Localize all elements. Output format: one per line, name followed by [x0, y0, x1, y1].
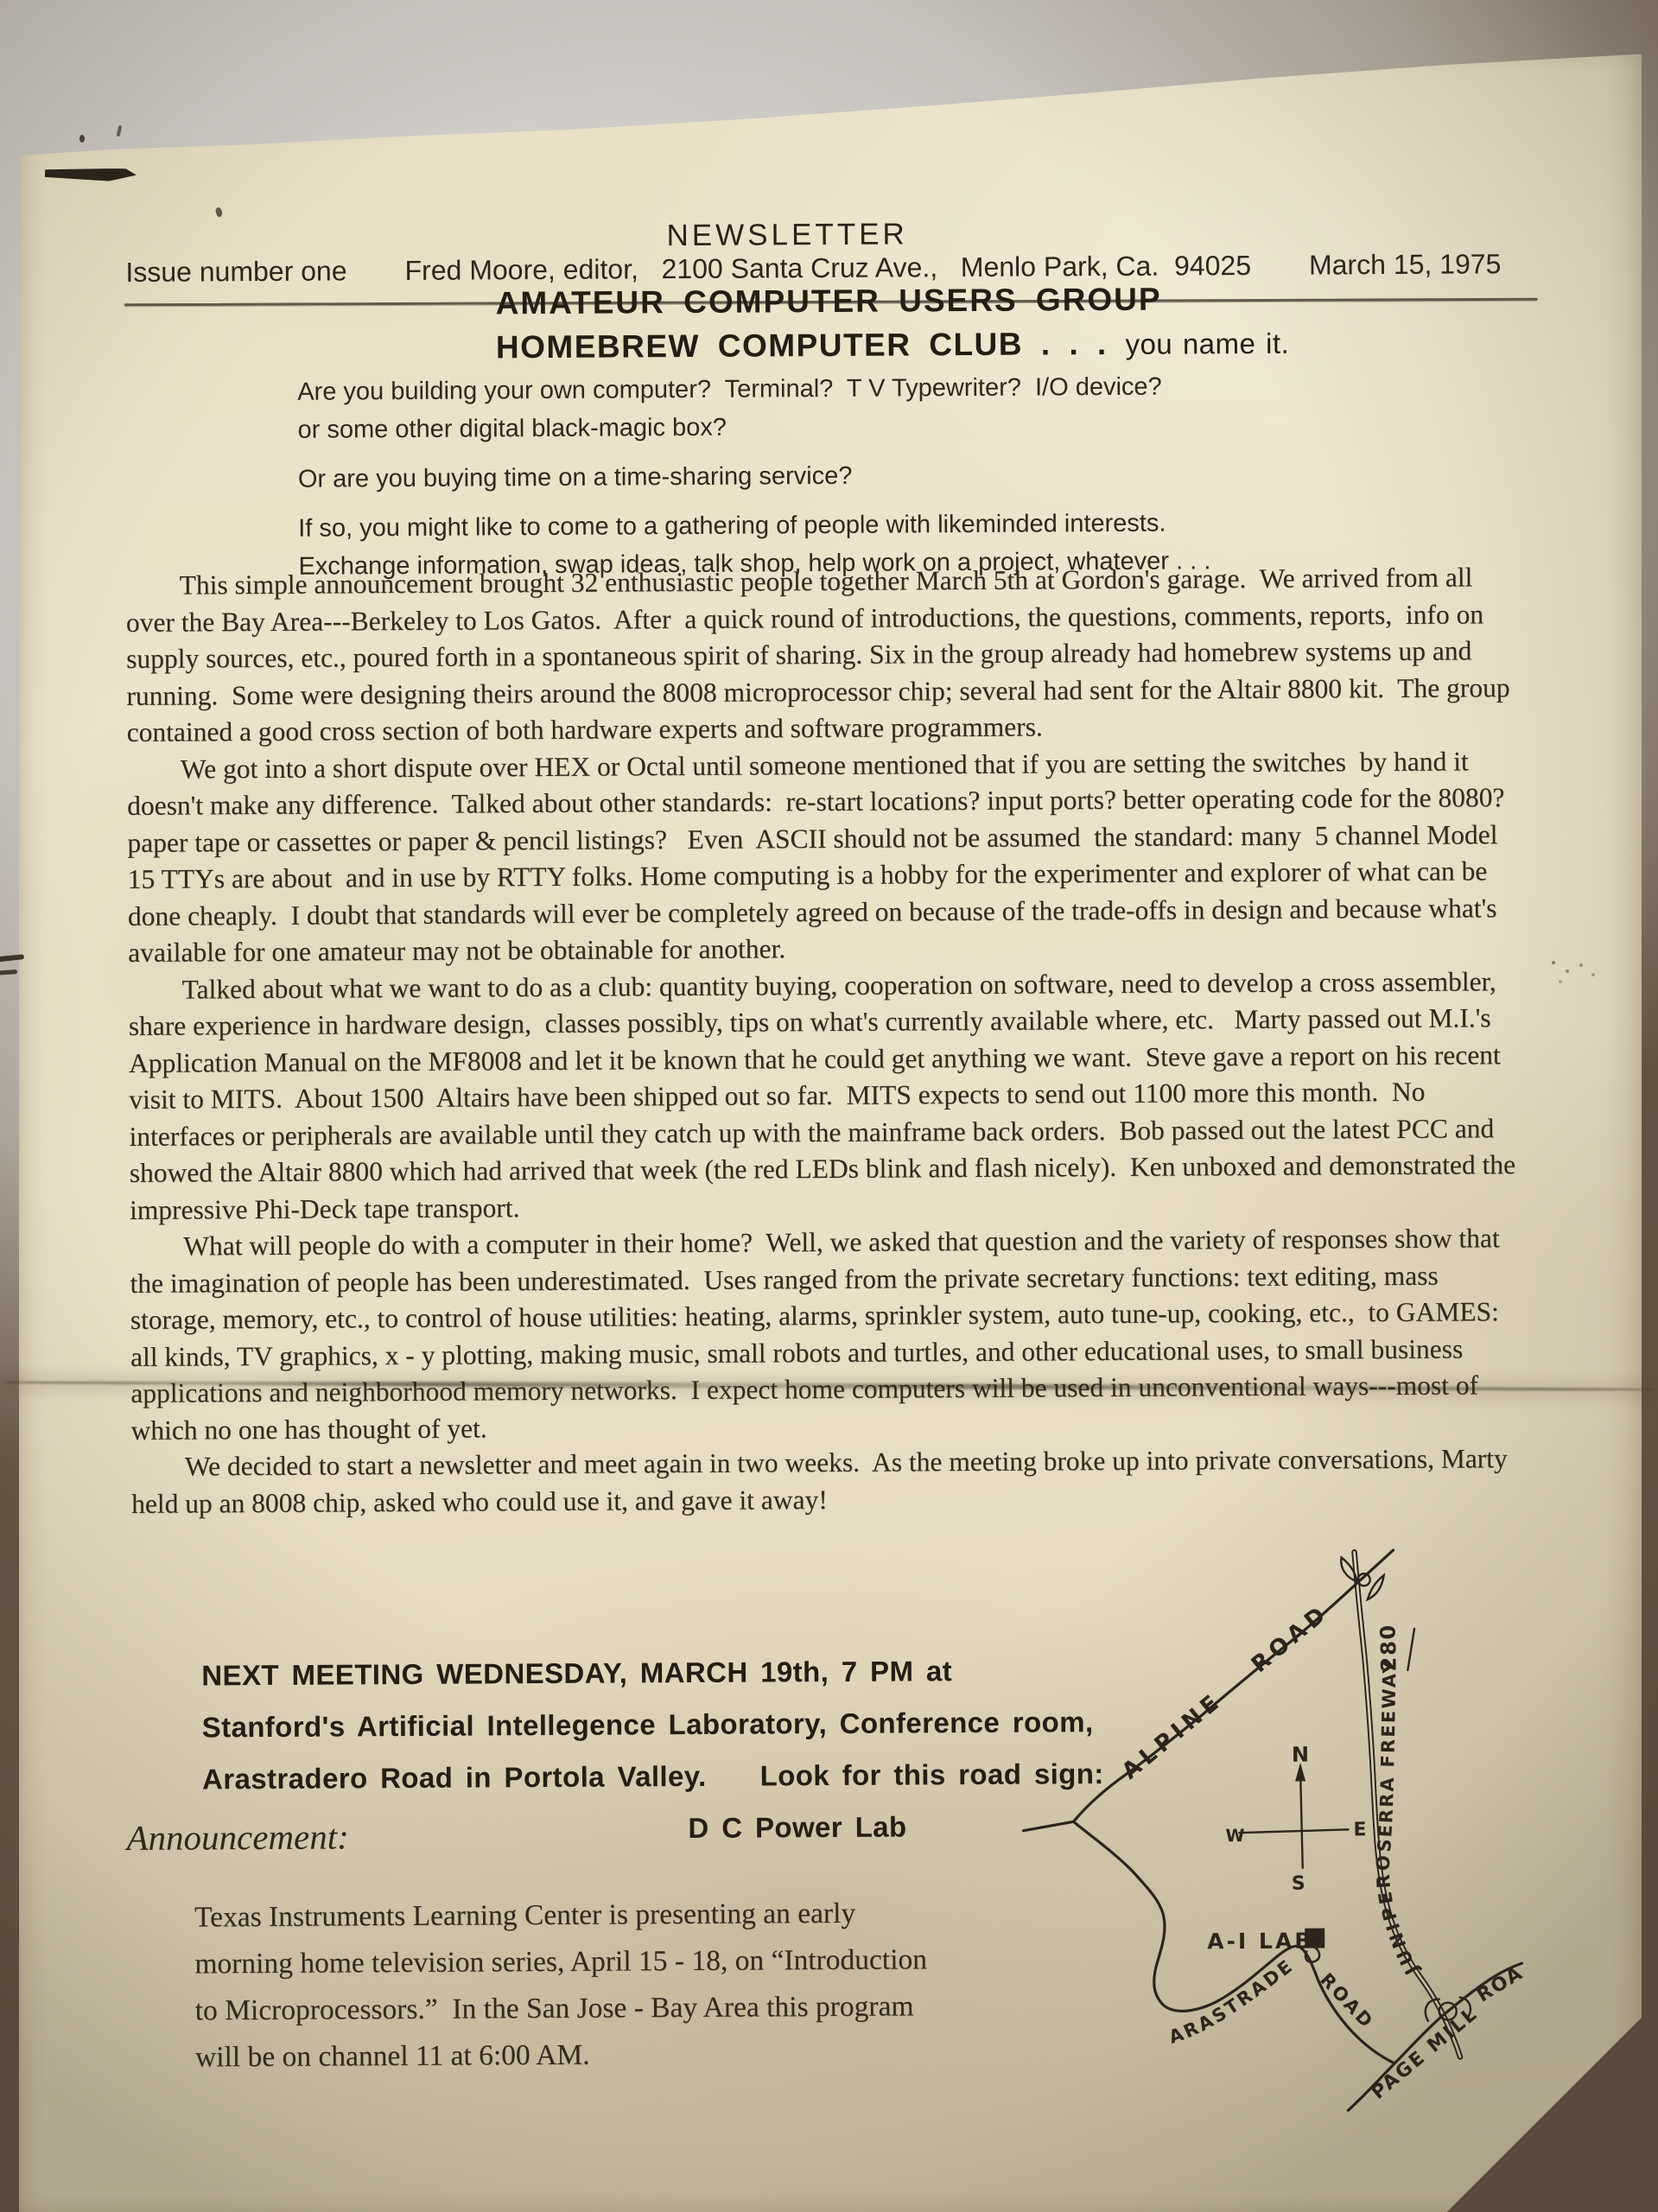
compass-we-line — [1239, 1829, 1348, 1833]
compass-arrowhead — [1296, 1765, 1305, 1781]
svg-text:ALPINE: ALPINE — [1117, 1688, 1229, 1785]
announcement-text: Texas Instruments Learning Center is pre… — [194, 1890, 928, 2081]
issue-number: Issue number one — [125, 255, 346, 289]
route-280-underline — [1407, 1629, 1414, 1670]
alpine-road-label: ROAD — [1246, 1599, 1335, 1679]
group-name-line: AMATEUR COMPUTER USERS GROUP — [496, 281, 1290, 322]
intro-line: If so, you might like to come to a gathe… — [298, 504, 1210, 547]
page-mill-label: PAGE MILL — [1367, 2003, 1483, 2104]
issue-date: March 15, 1975 — [1309, 248, 1502, 281]
paragraph-club-goals: Talked about what we want to do as a clu… — [128, 963, 1528, 1229]
compass-e-label: E — [1353, 1819, 1366, 1840]
meeting-location: Arastradero Road in Portola Valley. — [202, 1760, 707, 1796]
intro-line: Or are you buying time on a time-sharing… — [298, 454, 1210, 498]
announcement-heading: Announcement: — [126, 1815, 349, 1859]
ink-speck — [79, 135, 85, 143]
svg-text:ROAD: ROAD — [1246, 1599, 1335, 1679]
ink-specks — [1552, 961, 1555, 964]
intro-line: or some other digital black-magic box? — [297, 405, 1210, 448]
margin-mark — [0, 969, 17, 976]
svg-text:PAGE MILL: PAGE MILL — [1367, 2003, 1483, 2104]
intro-questions: Are you building your own computer? Term… — [297, 367, 1210, 585]
ai-lab-label: A-I LAB — [1207, 1929, 1313, 1955]
map-svg: ALPINE ROAD 280 SERRA FREEWAY JUNIPERO A… — [997, 1541, 1623, 2210]
intro-line: Are you building your own computer? Term… — [297, 367, 1210, 410]
meeting-line-1: NEXT MEETING WEDNESDAY, MARCH 19th, 7 PM… — [201, 1654, 1103, 1692]
arastradero-road-label: ROAD — [1316, 1969, 1378, 2034]
page-content: NEWSLETTER Issue number one Fred Moore, … — [14, 47, 1649, 2212]
alpine-label: ALPINE — [1117, 1688, 1229, 1785]
paragraph-meeting-report: This simple announcement brought 32 enth… — [126, 559, 1525, 751]
arastradero-label: ARASTRADERO — [997, 1541, 1298, 2049]
club-name: HOMEBREW COMPUTER CLUB . . . — [496, 326, 1108, 365]
paragraph-next-steps: We decided to start a newsletter and mee… — [131, 1440, 1529, 1522]
compass-s-label: S — [1292, 1873, 1305, 1895]
meeting-line-2: Stanford's Artificial Intellegence Labor… — [202, 1706, 1104, 1744]
paragraph-standards: We got into a short dispute over HEX or … — [127, 743, 1527, 972]
photographed-newsletter-page: { "colors": { "ink": "#33291f", "paper":… — [0, 0, 1658, 2212]
hand-drawn-map: ALPINE ROAD 280 SERRA FREEWAY JUNIPERO A… — [997, 1541, 1623, 2210]
svg-text:ROAD: ROAD — [1316, 1969, 1378, 2034]
masthead: AMATEUR COMPUTER USERS GROUP HOMEBREW CO… — [496, 281, 1290, 366]
svg-text:SERRA FREEWAY: SERRA FREEWAY — [1373, 1658, 1401, 1853]
paragraph-home-uses: What will people do with a computer in t… — [130, 1220, 1529, 1449]
svg-text:ARASTRADERO: ARASTRADERO — [997, 1541, 1298, 2049]
club-name-suffix: you name it. — [1125, 327, 1289, 360]
compass-w-label: W — [1225, 1825, 1244, 1846]
ink-speck — [117, 125, 123, 137]
club-name-line: HOMEBREW COMPUTER CLUB . . . you name it… — [496, 325, 1290, 366]
compass-n-label: N — [1292, 1743, 1309, 1767]
meeting-line-3: Arastradero Road in Portola Valley. Look… — [202, 1758, 1104, 1796]
newsletter-paper-sheet: NEWSLETTER Issue number one Fred Moore, … — [19, 52, 1642, 2212]
compass-ns-line — [1300, 1770, 1303, 1868]
serra-freeway-label: SERRA FREEWAY — [1373, 1658, 1401, 1853]
freeway-280-line — [1355, 1552, 1461, 2058]
